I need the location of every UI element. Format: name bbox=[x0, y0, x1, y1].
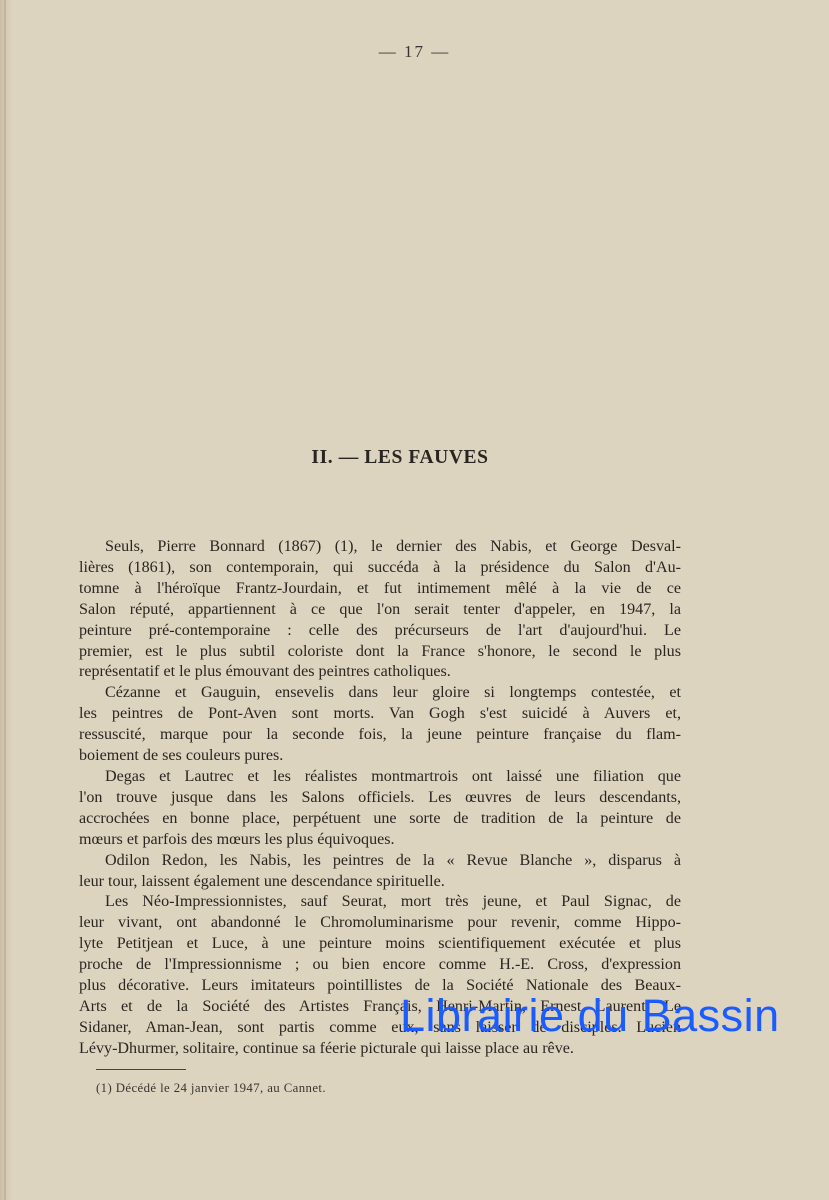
text-line: Cézanne et Gauguin, ensevelis dans leur … bbox=[79, 683, 681, 704]
text-line: tomne à l'héroïque Frantz-Jourdain, et f… bbox=[53, 579, 681, 600]
text-line: l'on trouve jusque dans les Salons offic… bbox=[53, 788, 681, 809]
paragraph-4: Odilon Redon, les Nabis, les peintres de… bbox=[79, 851, 681, 893]
page-number: — 17 — bbox=[0, 42, 829, 62]
text-line: boiement de ses couleurs pures. bbox=[53, 746, 681, 767]
text-line: ressuscité, marque pour la seconde fois,… bbox=[53, 725, 681, 746]
page-spine-shadow bbox=[4, 0, 6, 1200]
text-line: proche de l'Impressionnisme ; ou bien en… bbox=[53, 955, 681, 976]
paragraph-1: Seuls, Pierre Bonnard (1867) (1), le der… bbox=[79, 537, 681, 683]
text-line: Salon réputé, appartiennent à ce que l'o… bbox=[53, 600, 681, 621]
text-line: accrochées en bonne place, perpétuent un… bbox=[53, 809, 681, 830]
text-line: mœurs et parfois des mœurs les plus équi… bbox=[53, 830, 681, 851]
text-line: Odilon Redon, les Nabis, les peintres de… bbox=[79, 851, 681, 872]
text-line: les peintres de Pont-Aven sont morts. Va… bbox=[53, 704, 681, 725]
text-line: premier, est le plus subtil coloriste do… bbox=[53, 642, 681, 663]
footnote-divider bbox=[96, 1069, 186, 1070]
paragraph-2: Cézanne et Gauguin, ensevelis dans leur … bbox=[79, 683, 681, 767]
text-line: lières (1861), son contemporain, qui suc… bbox=[53, 558, 681, 579]
text-line: Les Néo-Impressionnistes, sauf Seurat, m… bbox=[79, 892, 681, 913]
footnote: (1) Décédé le 24 janvier 1947, au Cannet… bbox=[96, 1081, 326, 1096]
text-line: Degas et Lautrec et les réalistes montma… bbox=[79, 767, 681, 788]
text-line: leur vivant, ont abandonné le Chromolumi… bbox=[53, 913, 681, 934]
section-title: II. — LES FAUVES bbox=[0, 447, 800, 469]
paragraph-3: Degas et Lautrec et les réalistes montma… bbox=[79, 767, 681, 851]
body-text: Seuls, Pierre Bonnard (1867) (1), le der… bbox=[79, 537, 681, 1060]
text-line: leur tour, laissent également une descen… bbox=[53, 872, 681, 893]
watermark: Librairie du Bassin bbox=[400, 993, 780, 1038]
text-line: Lévy-Dhurmer, solitaire, continue sa fée… bbox=[53, 1039, 681, 1060]
text-line: lyte Petitjean et Luce, à une peinture m… bbox=[53, 934, 681, 955]
text-line: Seuls, Pierre Bonnard (1867) (1), le der… bbox=[79, 537, 681, 558]
text-line: représentatif et le plus émouvant des pe… bbox=[53, 662, 681, 683]
text-line: peinture pré-contemporaine : celle des p… bbox=[53, 621, 681, 642]
